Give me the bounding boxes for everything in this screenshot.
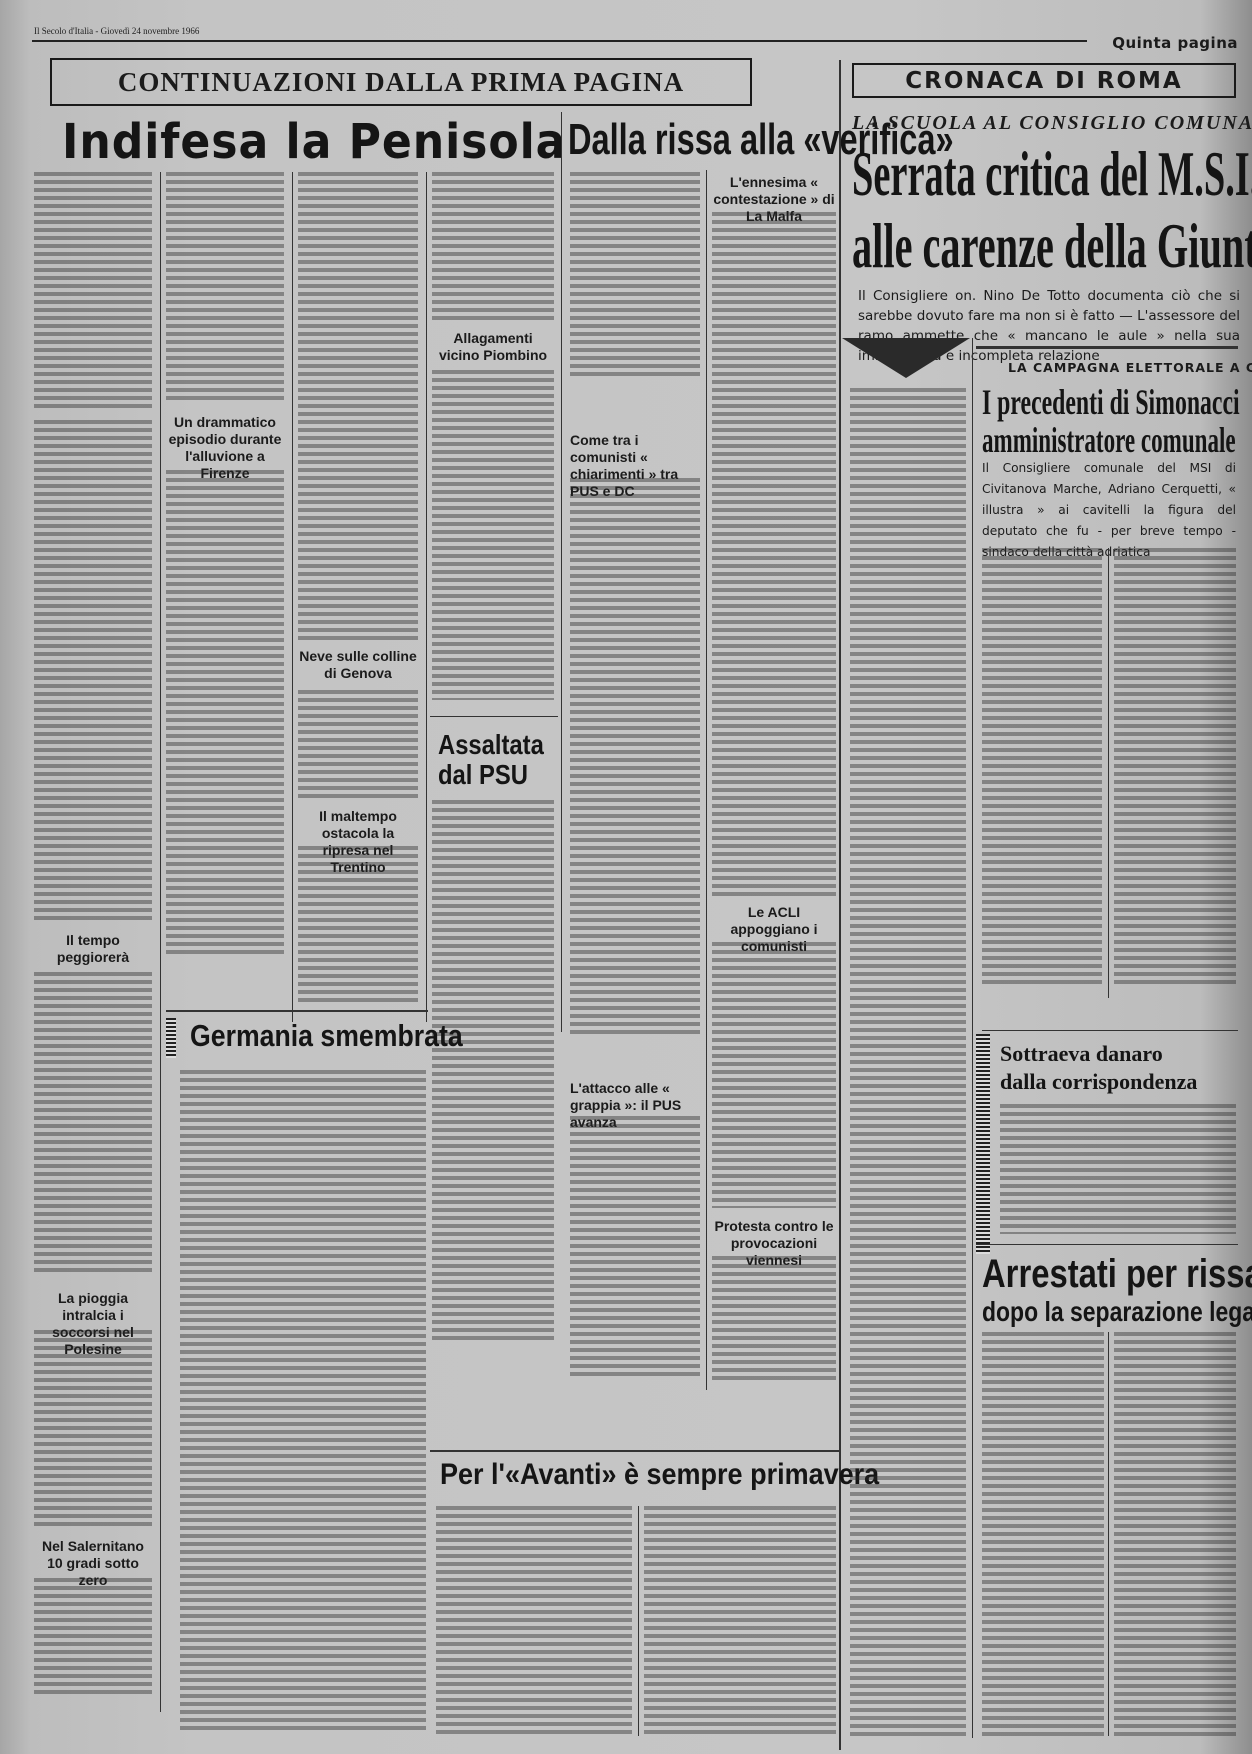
newspaper-page: Il Secolo d'Italia - Giovedì 24 novembre… [0, 0, 1252, 1754]
kicker-cave: LA CAMPAGNA ELETTORALE A CAVE [1008, 360, 1252, 375]
column-divider [561, 112, 562, 1032]
page-number-label: Quinta pagina [1112, 34, 1238, 52]
decorative-bar [166, 1018, 176, 1058]
article-body-column [298, 172, 418, 642]
article-body-column [712, 942, 836, 1208]
decorative-bar [976, 1034, 990, 1254]
section-title-cronaca: CRONACA DI ROMA [852, 63, 1236, 98]
headline-indifesa: Indifesa la Penisola [62, 118, 566, 166]
column-divider [160, 172, 161, 1712]
article-body-column [1114, 1332, 1236, 1736]
headline-sottraeva-line1: Sottraeva danaro [1000, 1040, 1163, 1068]
article-divider [976, 346, 1238, 349]
column-divider [1108, 1332, 1109, 1736]
article-body-column [1000, 1104, 1236, 1234]
column-divider [292, 172, 293, 1022]
article-body-column [298, 690, 418, 800]
article-body-column [850, 388, 966, 1738]
decorative-arrow [842, 338, 970, 378]
headline-simonacci-line2: amministratore comunale [982, 422, 1236, 458]
article-body-column [570, 478, 700, 1038]
article-body-column [712, 1256, 836, 1380]
subhead: Neve sulle colline di Genova [298, 648, 418, 682]
column-divider [426, 172, 427, 1022]
column-divider [1108, 548, 1109, 998]
section-title-continuazioni: CONTINUAZIONI DALLA PRIMA PAGINA [50, 58, 752, 106]
headline-serrata-line2: alle carenze della Giunta [852, 214, 1252, 278]
headline-arrestati-line1: Arrestati per rissa [982, 1254, 1252, 1294]
section-title-text: CRONACA DI ROMA [905, 68, 1183, 94]
column-divider [638, 1506, 639, 1736]
article-body-column [432, 800, 554, 1340]
headline-germania: Germania smembrata [190, 1020, 463, 1051]
article-divider [430, 1450, 840, 1452]
headline-sottraeva-line2: dalla corrispondenza [1000, 1068, 1197, 1096]
article-body-column [644, 1506, 836, 1736]
article-divider [430, 716, 558, 717]
article-body-column [436, 1506, 632, 1736]
subhead: Il tempo peggiorerà [34, 932, 152, 966]
folio-rule [32, 40, 1087, 42]
headline-assaltata: Assaltata dal PSU [438, 730, 540, 790]
article-body-column [432, 370, 554, 700]
article-body-column [166, 470, 284, 956]
kicker-scuola: LA SCUOLA AL CONSIGLIO COMUNALE [852, 112, 1252, 135]
article-divider [982, 1030, 1238, 1031]
article-body-column [298, 846, 418, 1002]
article-body-column [1114, 548, 1236, 988]
article-body-column [34, 1578, 152, 1698]
article-body-column [34, 172, 152, 412]
headline-avanti: Per l'«Avanti» è sempre primavera [440, 1460, 879, 1490]
article-body-column [570, 1116, 700, 1378]
article-body-column [712, 212, 836, 898]
article-body-column [34, 972, 152, 1272]
column-divider [972, 338, 973, 1738]
article-body-column [982, 548, 1102, 988]
article-body-column [570, 172, 700, 380]
article-body-column [166, 172, 284, 404]
headline-simonacci-line1: I precedenti di Simonacci [982, 384, 1240, 420]
article-body-column [432, 172, 554, 322]
column-divider [839, 60, 841, 1750]
column-divider [706, 170, 707, 1390]
folio-masthead: Il Secolo d'Italia - Giovedì 24 novembre… [34, 26, 199, 36]
article-divider [976, 1244, 1238, 1245]
article-body-column [982, 1332, 1104, 1736]
headline-arrestati-line2: dopo la separazione legale [982, 1298, 1252, 1326]
headline-serrata-line1: Serrata critica del M.S.I. [852, 142, 1252, 206]
article-body-column [34, 1330, 152, 1530]
article-body-column [180, 1070, 426, 1730]
article-divider [166, 1010, 428, 1012]
section-title-text: CONTINUAZIONI DALLA PRIMA PAGINA [118, 67, 684, 98]
article-body-column [34, 420, 152, 920]
subhead: Allagamenti vicino Piombino [432, 330, 554, 364]
